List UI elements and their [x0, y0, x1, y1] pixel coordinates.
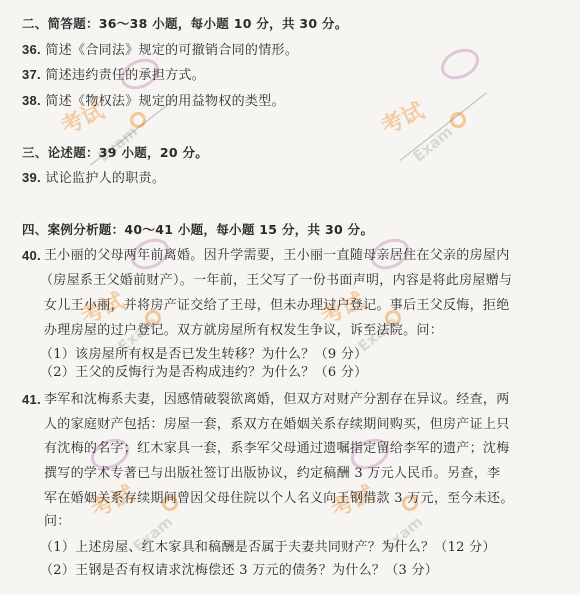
watermark-slash	[400, 92, 487, 161]
question-41-line-1: 李军和沈梅系夫妻，因感情破裂欲离婚，但双方对财产分割存在异议。经查，两	[44, 392, 510, 408]
question-text: 试论监护人的职责。	[45, 171, 165, 186]
question-39: 39. 试论监护人的职责。	[22, 170, 165, 187]
question-number: 41.	[22, 392, 41, 408]
question-40-line-2: （房屋系王父婚前财产）。一年前，王父写了一份书面声明，内容是将此房屋赠与	[40, 273, 512, 289]
question-41-sub-1: （1）上述房屋、红木家具和稿酬是否属于夫妻共同财产？为什么？（12 分）	[40, 540, 496, 556]
watermark-circle-icon	[130, 112, 146, 128]
question-40-sub-2: （2）王父的反悔行为是否构成违约？为什么？（6 分）	[40, 365, 367, 381]
question-41-line-6: 问：	[44, 514, 71, 530]
question-text: 简述《合同法》规定的可撤销合同的情形。	[45, 43, 298, 58]
question-41-sub-2: （2）王钢是否有权请求沈梅偿还 3 万元的债务？为什么？（3 分）	[40, 563, 438, 579]
watermark-brand-en: Exam	[410, 122, 457, 165]
question-number: 36.	[22, 42, 41, 57]
question-number: 39.	[22, 170, 41, 185]
question-41-line-2: 人的家庭财产包括：房屋一套，系双方在婚姻关系存续期间购买，但房产证上只	[44, 417, 510, 433]
question-number: 38.	[22, 93, 41, 108]
section-heading-short-answer: 二、简答题：36～38 小题，每小题 10 分，共 30 分。	[22, 16, 348, 32]
question-41-line-3: 有沈梅的名字；红木家具一套，系李军父母通过遗嘱指定留给李军的遗产；沈梅	[44, 441, 510, 457]
question-38: 38. 简述《物权法》规定的用益物权的类型。	[22, 93, 285, 110]
watermark-right: 考试 Exam	[340, 40, 540, 170]
watermark-brand-cn: 考试	[376, 94, 429, 141]
question-number: 40.	[22, 248, 41, 264]
question-number: 37.	[22, 67, 41, 82]
question-text: 简述违约责任的承担方式。	[45, 68, 205, 83]
section-heading-case-analysis: 四、案例分析题：40～41 小题，每小题 15 分，共 30 分。	[22, 222, 373, 238]
question-text: 简述《物权法》规定的用益物权的类型。	[45, 94, 284, 109]
question-40-sub-1: （1）该房屋所有权是否已发生转移？为什么？（9 分）	[40, 347, 367, 363]
question-41-line-4: 撰写的学术专著已与出版社签订出版协议，约定稿酬 3 万元人民币。另查，李	[44, 466, 500, 482]
question-37: 37. 简述违约责任的承担方式。	[22, 67, 205, 84]
question-36: 36. 简述《合同法》规定的可撤销合同的情形。	[22, 42, 298, 59]
question-40-line-4: 办理房屋的过户登记。双方就房屋所有权发生争议，诉至法院。问：	[44, 323, 443, 339]
question-41-line-5: 军在婚姻关系存续期间曾因父母住院以个人名义向王钢借款 3 万元，至今未还。	[44, 491, 514, 507]
question-40-line-3: 女儿王小丽，并将房产证交给了王母，但未办理过户登记。事后王父反悔，拒绝	[44, 298, 510, 314]
watermark-circle-icon	[450, 112, 466, 128]
section-heading-essay: 三、论述题：39 小题，20 分。	[22, 145, 208, 161]
watermark-ba-logo-icon	[436, 43, 484, 85]
question-40-line-1: 王小丽的父母两年前离婚。因升学需要，王小丽一直随母亲居住在父亲的房屋内	[44, 248, 510, 264]
exam-page: 考试 Exam 考试 Exam 考试 Exam 考试 Exam 考试 Exam …	[0, 0, 580, 595]
